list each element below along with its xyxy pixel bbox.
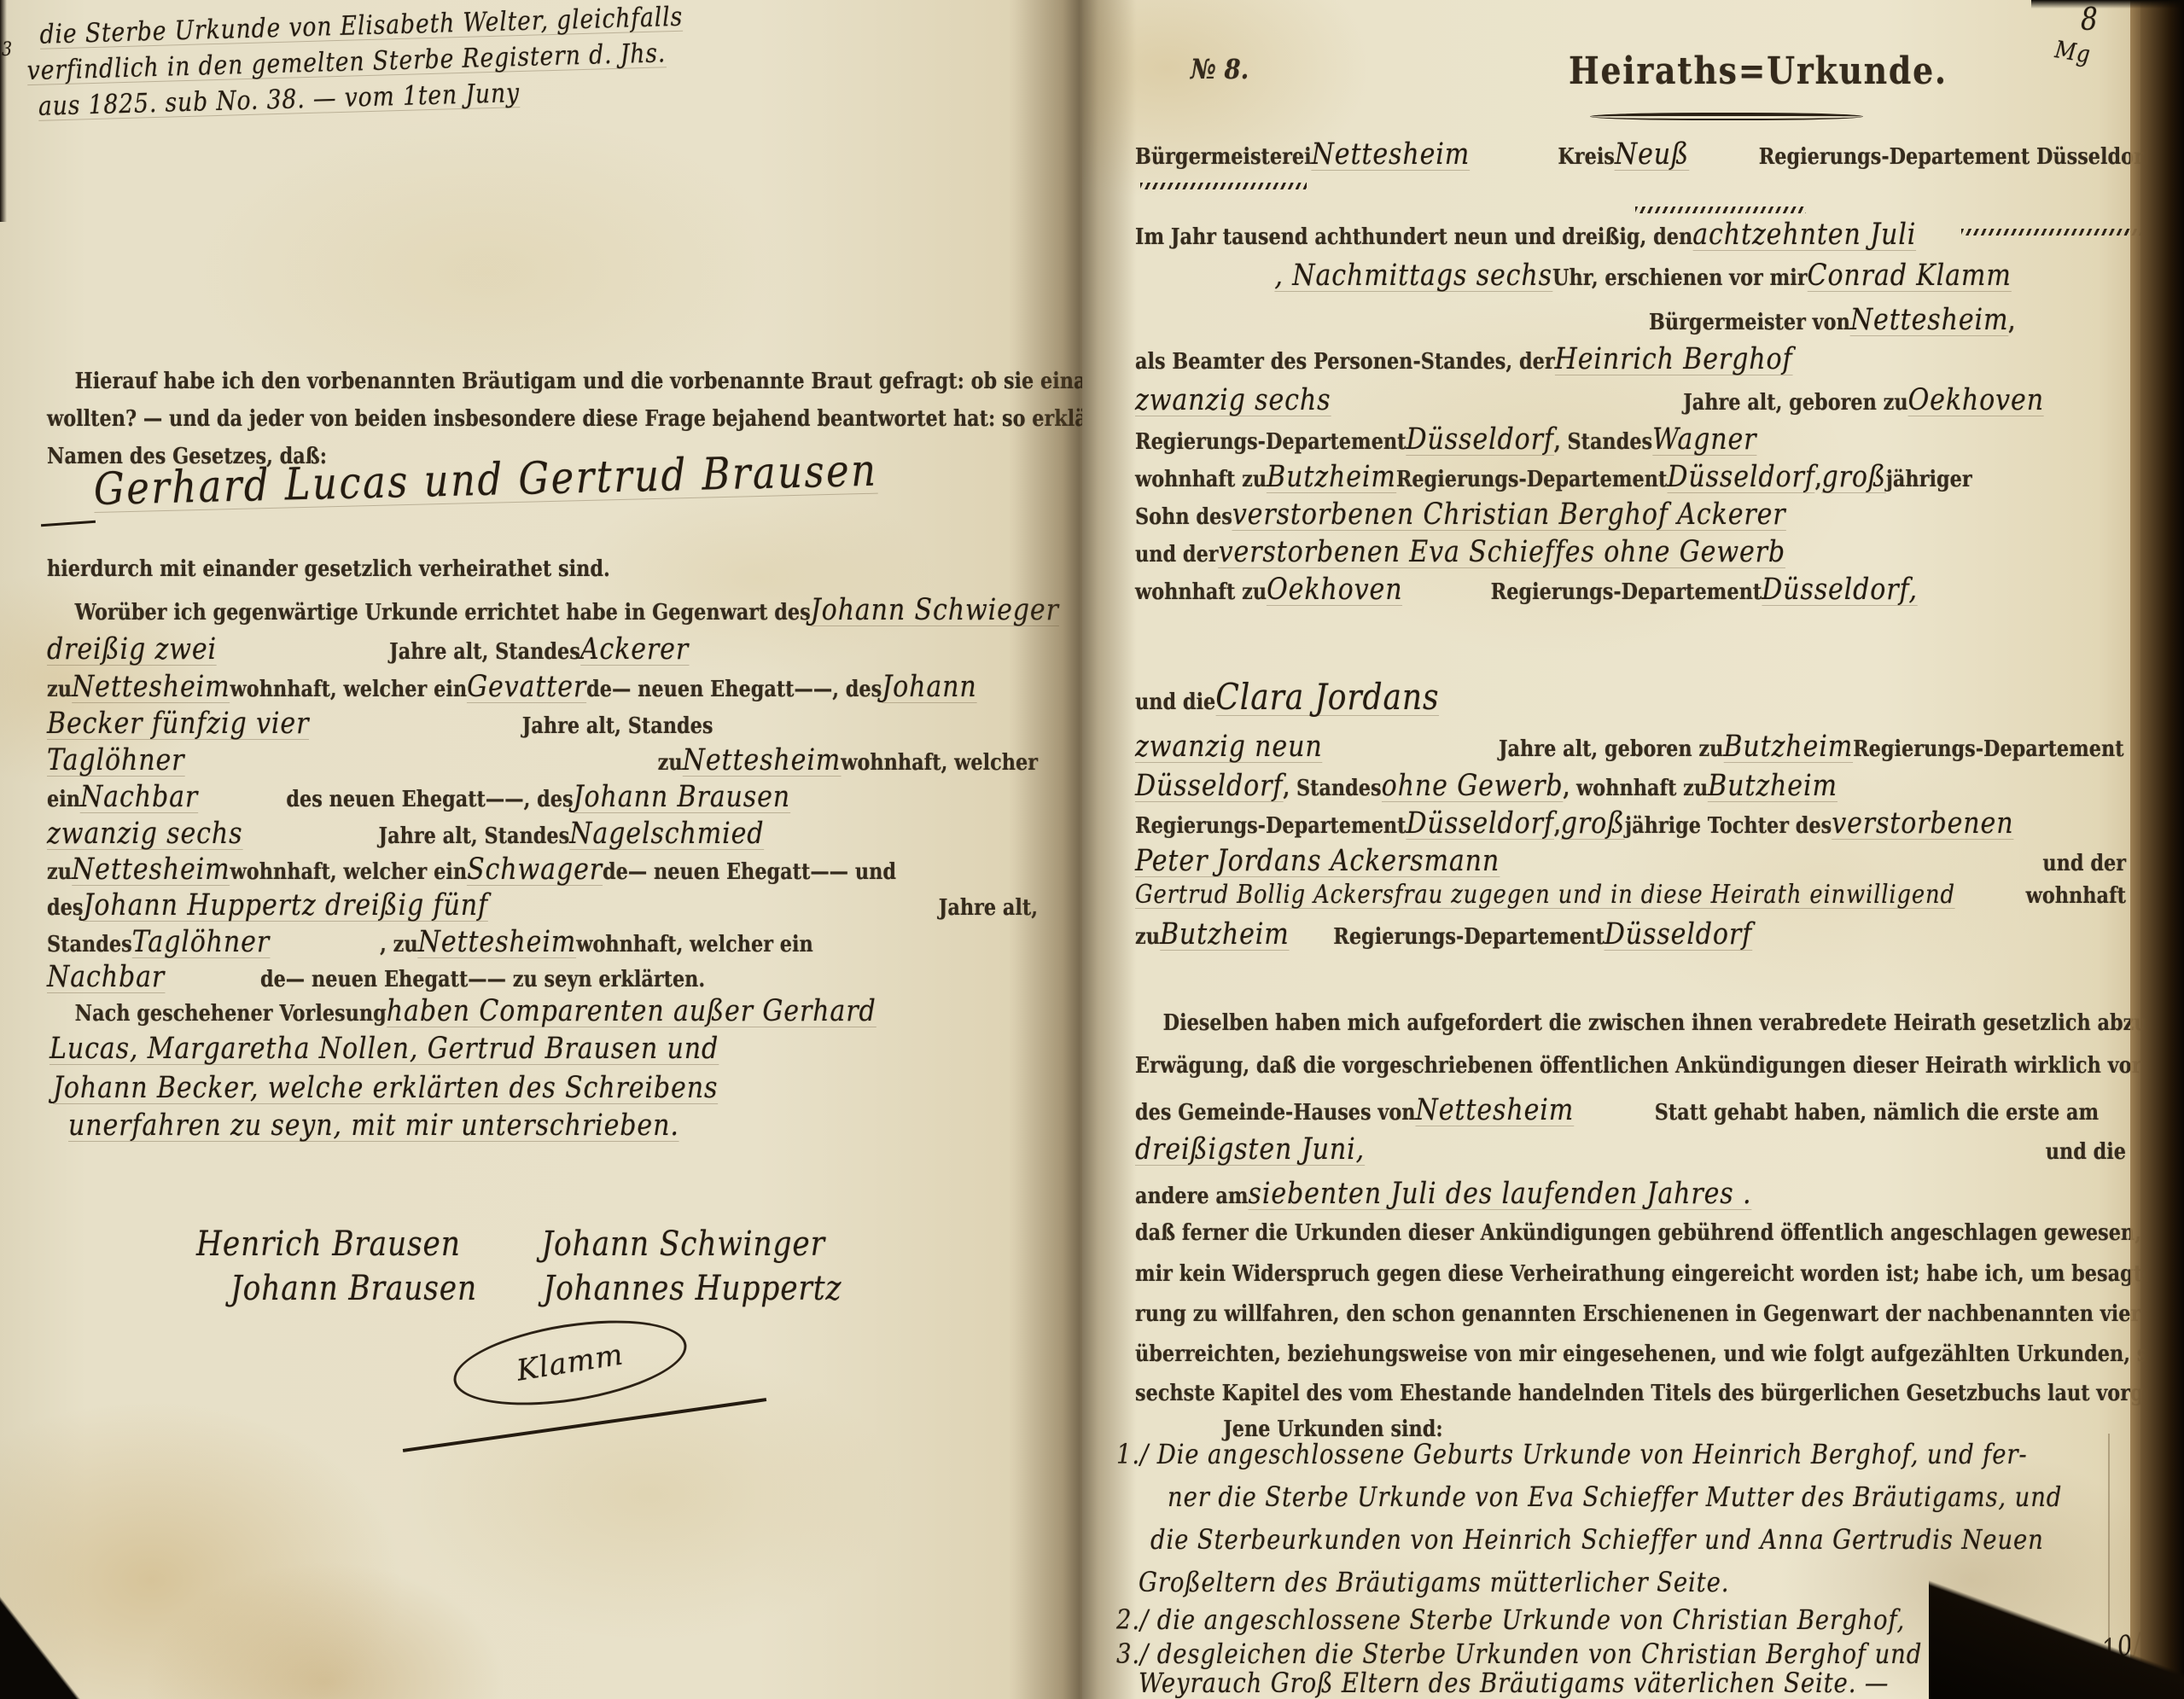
closing-paragraph-line-1: daß ferner die Urkunden dieser Ankündigu… [1135, 1220, 2126, 1246]
request-paragraph-line-1: Dieselben haben mich aufgefordert die zw… [1135, 1010, 2126, 1036]
groom-parents-residence-line: wohnhaft zu Oekhoven Regierungs-Departem… [1135, 575, 2126, 606]
bottom-right-corner-shadow [1929, 1527, 2184, 1699]
bride-parents-residence-line: zu Butzheim Regierungs-Departement Düsse… [1135, 920, 2126, 951]
scanned-marriage-register-spread: { "meta": { "page_number": "8", "hand_ma… [0, 0, 2184, 1699]
groom-mother-line: und der verstorbenen Eva Schieffes ohne … [1135, 538, 2126, 568]
left-page: die Sterbe Urkunde von Elisabeth Welter,… [0, 0, 1082, 1699]
groom-residence-line: wohnhaft zu Butzheim Regierungs-Departem… [1135, 463, 2126, 493]
signature-flourish [403, 1398, 766, 1452]
bride-age-line: zwanzig neunJahre alt, geboren zu Butzhe… [1135, 732, 2126, 763]
bride-daughter-line: Regierungs-Departement Düsseldorf , groß… [1135, 809, 2126, 840]
reading-line-4: unerfahren zu seyn, mit mir unterschrieb… [68, 1111, 1059, 1142]
announcement-line-1: des Gemeinde-Hauses von NettesheimStatt … [1135, 1096, 2126, 1126]
groom-age-line: zwanzig sechsJahre alt, geboren zu Oekho… [1135, 386, 2126, 416]
title-rule [1590, 113, 1863, 120]
bride-department-line: Düsseldorf , Standes ohne Gewerb , wohnh… [1135, 771, 2126, 802]
bride-name-line: und die Clara Jordans [1135, 679, 2126, 716]
request-paragraph-line-2: Erwägung, daß die vorgeschriebenen öffen… [1135, 1053, 2126, 1079]
witness-line-2: dreißig zweiJahre alt, Standes Ackerer [47, 635, 1038, 666]
document-item-1-line-1: 1./ Die angeschlossene Geburts Urkunde v… [1116, 1440, 2107, 1468]
groom-name-line: als Beamter des Personen-Standes, der He… [1135, 345, 2126, 375]
groom-father-line: Sohn des verstorbenen Christian Berghof … [1135, 500, 2126, 531]
witness-line-4: Becker fünfzig vierJahre alt, Standes [47, 709, 1038, 740]
date-line-2: , Nachmittags sechs Uhr, erschienen vor … [1135, 261, 2126, 292]
witness-line-5: Taglöhnerzu Nettesheim wohnhaft, welcher [47, 746, 1038, 777]
question-line-2: wollten? — und da jeder von beiden insbe… [47, 406, 1038, 432]
book-gutter-shadow [1009, 0, 1137, 1699]
closing-paragraph-line-3: rung zu willfahren, den schon genannten … [1135, 1301, 2126, 1327]
closing-paragraph-line-4: überreichten, beziehungsweise von mir ei… [1135, 1341, 2126, 1367]
reading-line-2: Lucas, Margaretha Nollen, Gertrud Brause… [50, 1034, 1040, 1065]
witness-line-7: zwanzig sechsJahre alt, Standes Nagelsch… [47, 819, 1038, 850]
squiggle-underline [1140, 183, 1307, 189]
announcement-line-2: dreißigsten Juni,und die [1135, 1135, 2126, 1166]
date-line-1: Im Jahr tausend achthundert neun und dre… [1135, 220, 2126, 251]
squiggle-underline [1635, 207, 1806, 213]
document-item-1-line-2: ner die Sterbe Urkunde von Eva Schieffer… [1168, 1483, 2158, 1510]
book-left-edge [0, 0, 7, 222]
flourish-dash [41, 521, 96, 527]
margin-note: die Sterbe Urkunde von Elisabeth Welter,… [14, 0, 785, 153]
right-page: № 8. Heiraths=Urkunde. 8 Mg Bürgermeiste… [1082, 0, 2140, 1699]
mayor-line: Bürgermeister von Nettesheim , [1135, 305, 2126, 336]
witness-line-9: des Johann Huppertz dreißig fünfJahre al… [47, 891, 1038, 922]
closing-paragraph-line-5: sechste Kapitel des vom Ehestande handel… [1135, 1381, 2126, 1406]
corner-mark: 3 [2, 41, 993, 60]
groom-department-line: Regierungs-Departement Düsseldorf , Stan… [1135, 425, 2126, 456]
closing-paragraph-line-2: mir kein Widerspruch gegen diese Verheir… [1135, 1261, 2126, 1287]
witness-line-3: zu Nettesheim wohnhaft, welcher ein Geva… [47, 672, 1038, 703]
book-top-edge [2031, 0, 2184, 9]
administration-line: Bürgermeisterei Nettesheim Kreis Neuß Re… [1135, 140, 2126, 171]
reading-line-1: Nach geschehener Vorlesung haben Compare… [47, 997, 1038, 1027]
witness-line-10: Standes Taglöhner, zu Nettesheim wohnhaf… [47, 928, 1038, 958]
witness-line-6: ein Nachbar des neuen Ehegatt——, des Joh… [47, 783, 1038, 813]
bride-father-line: Peter Jordans Ackersmannund der [1135, 847, 2126, 877]
announcement-line-3: andere am siebenten Juli des laufenden J… [1135, 1179, 2126, 1210]
question-line-1: Hierauf habe ich den vorbenannten Bräuti… [47, 369, 1038, 394]
bride-mother-line: Gertrud Bollig Ackersfrau zugegen und in… [1135, 882, 2126, 909]
mayor-signature: Klamm [515, 1340, 626, 1385]
reading-line-3: Johann Becker, welche erklärten des Schr… [53, 1074, 1044, 1104]
bottom-left-corner-shadow [0, 1562, 94, 1699]
mayor-signature-oval: Klamm [448, 1306, 693, 1419]
witness-line-8: zu Nettesheim wohnhaft, welcher ein Schw… [47, 855, 1038, 886]
married-statement: hierdurch mit einander gesetzlich verhei… [47, 556, 1038, 582]
book-right-edge [2130, 0, 2184, 1699]
witness-line-1: Worüber ich gegenwärtige Urkunde erricht… [47, 596, 1038, 626]
witness-line-11: Nachbarde— neuen Ehegatt—— zu seyn erklä… [47, 963, 1038, 993]
